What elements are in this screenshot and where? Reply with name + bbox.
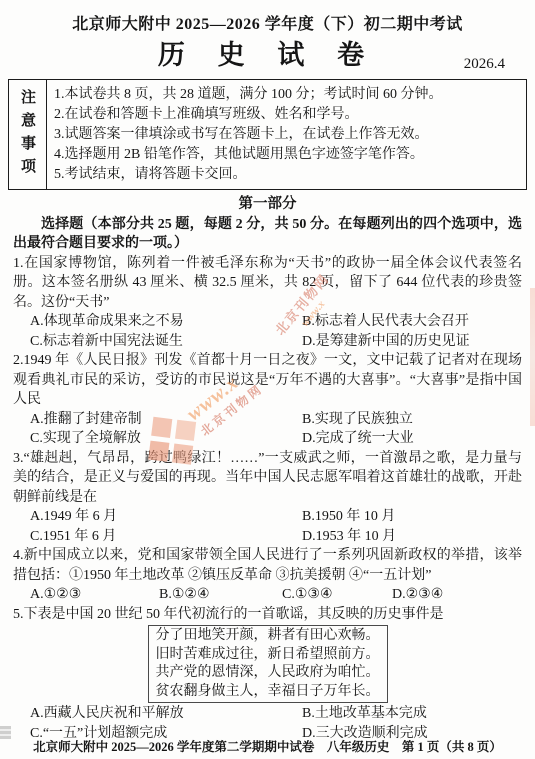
option-d: D.完成了统一大业 (302, 429, 414, 449)
exam-paper-page: 北京师大附中 2025—2026 学年度（下）初二期中考试 历 史 试 卷 20… (0, 0, 535, 759)
notice-item: 1.本试卷共 8 页，共 28 道题，满分 100 分；考试时间 60 分钟。 (54, 85, 443, 105)
poem-line: 共产党的恩情深，人民政府为咱忙。 (156, 664, 380, 683)
poem-line: 分了田地笑开颜，耕者有田心欢畅。 (156, 627, 380, 646)
option-c: C.①③④ (282, 585, 392, 605)
notice-box: 注意事项 1.本试卷共 8 页，共 28 道题，满分 100 分；考试时间 60… (8, 79, 527, 190)
option-row: A.西藏人民庆祝和平解放 B.土地改革基本完成 (13, 704, 522, 724)
option-b: B.标志着人民代表大会召开 (302, 312, 469, 332)
option-row: A.①②③ B.①②④ C.①③④ D.②③④ (13, 585, 522, 605)
option-d: D.1953 年 10 月 (302, 527, 396, 547)
option-b: B.①②④ (159, 585, 282, 605)
option-row: A.推翻了封建帝制 B.实现了民族独立 (13, 410, 522, 430)
option-a: A.1949 年 6 月 (30, 507, 302, 527)
option-b: B.土地改革基本完成 (302, 704, 427, 724)
page-footer: 北京师大附中 2025—2026 学年度第二学期期中试卷 八年级历史 第 1 页… (0, 737, 535, 755)
option-row: C.1951 年 6 月 D.1953 年 10 月 (13, 527, 522, 547)
exam-title: 历 史 试 卷 (158, 36, 377, 74)
question-stem: 5.下表是中国 20 世纪 50 年代初流行的一首歌谣，其反映的历史事件是 (13, 605, 522, 625)
part-one-heading: 第一部分 (13, 195, 522, 215)
option-c: C.1951 年 6 月 (30, 527, 302, 547)
option-a: A.①②③ (30, 585, 159, 605)
notice-item: 3.试题答案一律填涂或书写在答题卡上，在试卷上作答无效。 (54, 125, 443, 145)
scan-streak-artifact (530, 288, 535, 426)
title-bar: 历 史 试 卷 2026.4 (0, 36, 535, 74)
question-stem: 3.“雄赳赳，气昂昂，跨过鸭绿江！……”一支威武之师，一首激昂之歌，是力量与美的… (13, 449, 522, 508)
main-content: 第一部分 选择题（本部分共 25 题，每题 2 分，共 50 分。在每题列出的四… (0, 195, 535, 743)
question-stem: 2.1949 年《人民日报》刊发《首都十月一日之夜》一文，文中记载了记者对在现场… (13, 351, 522, 410)
option-a: A.西藏人民庆祝和平解放 (30, 704, 302, 724)
header-school-line: 北京师大附中 2025—2026 学年度（下）初二期中考试 (0, 0, 535, 34)
option-a: A.推翻了封建帝制 (30, 410, 302, 430)
notice-items: 1.本试卷共 8 页，共 28 道题，满分 100 分；考试时间 60 分钟。 … (47, 80, 447, 189)
option-a: A.体现革命成果来之不易 (30, 312, 302, 332)
option-b: B.实现了民族独立 (302, 410, 413, 430)
notice-item: 4.选择题用 2B 铅笔作答，其他试题用黑色字迹签字笔作答。 (54, 145, 443, 165)
poem-line: 贫农翻身做主人，幸福日子万年长。 (156, 683, 380, 702)
option-row: A.体现革命成果来之不易 B.标志着人民代表大会召开 (13, 312, 522, 332)
option-c: C.实现了全境解放 (30, 429, 302, 449)
question-stem: 4.新中国成立以来，党和国家带领全国人民进行了一系列巩固新政权的举措，该举措包括… (13, 546, 522, 585)
notice-label: 注意事项 (9, 80, 47, 189)
exam-date: 2026.4 (464, 56, 505, 73)
option-row: A.1949 年 6 月 B.1950 年 10 月 (13, 507, 522, 527)
notice-item: 5.考试结束，请将答题卡交回。 (54, 165, 443, 185)
option-d: D.②③④ (392, 585, 443, 605)
notice-item: 2.在试卷和答题卡上准确填写班级、姓名和学号。 (54, 105, 443, 125)
option-d: D.是筹建新中国的历史见证 (302, 332, 470, 352)
option-b: B.1950 年 10 月 (302, 507, 395, 527)
scan-edge-artifact (0, 726, 11, 739)
option-c: C.标志着新中国宪法诞生 (30, 332, 302, 352)
poem-line: 旧时苦难成过往，新日希望照前方。 (156, 646, 380, 665)
song-lyrics-box: 分了田地笑开颜，耕者有田心欢畅。 旧时苦难成过往，新日希望照前方。 共产党的恩情… (148, 625, 388, 703)
question-stem: 1.在国家博物馆，陈列着一件被毛泽东称为“天书”的政协一届全体会议代表签名册。这… (13, 254, 522, 313)
section-instructions: 选择题（本部分共 25 题，每题 2 分，共 50 分。在每题列出的四个选项中，… (13, 215, 522, 254)
option-row: C.标志着新中国宪法诞生 D.是筹建新中国的历史见证 (13, 332, 522, 352)
option-row: C.实现了全境解放 D.完成了统一大业 (13, 429, 522, 449)
